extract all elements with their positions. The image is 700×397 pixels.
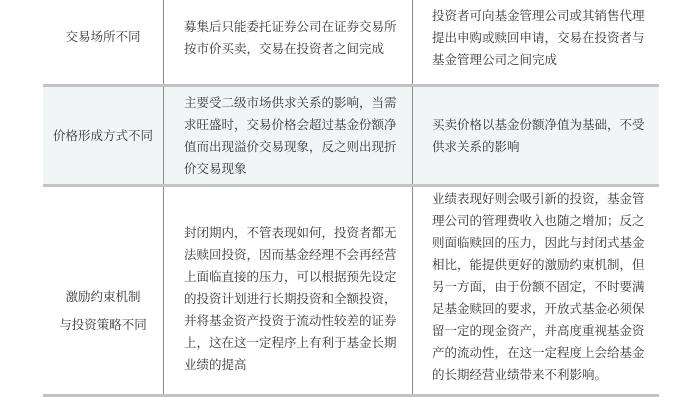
row-label-cell: 激励约束机制 与投资策略不同 — [43, 187, 164, 394]
row-label-line-1: 激励约束机制 — [59, 283, 147, 311]
closed-end-cell: 主要受二级市场供求关系的影响，当需求旺盛时，交易价格会超过基金份额净值而出现溢价… — [164, 87, 413, 184]
row-label: 交易场所不同 — [65, 26, 140, 48]
open-end-text: 买卖价格以基金份额净值为基础，不受供求关系的影响 — [432, 114, 649, 158]
open-end-cell: 买卖价格以基金份额净值为基础，不受供求关系的影响 — [413, 87, 659, 184]
table-row-incentive-mechanism: 激励约束机制 与投资策略不同 封闭期内，不管表现如何，投资者都无法赎回投资，因而… — [43, 187, 659, 397]
open-end-cell: 投资者可向基金管理公司或其销售代理提出申购或赎回申请，交易在投资者与基金管理公司… — [413, 0, 659, 84]
closed-end-text: 主要受二级市场供求关系的影响，当需求旺盛时，交易价格会超过基金份额净值而出现溢价… — [184, 92, 400, 180]
row-label: 激励约束机制 与投资策略不同 — [59, 283, 147, 339]
row-label-cell: 交易场所不同 — [43, 0, 164, 84]
row-label-cell: 价格形成方式不同 — [43, 87, 164, 184]
table-row-price-formation: 价格形成方式不同 主要受二级市场供求关系的影响，当需求旺盛时，交易价格会超过基金… — [43, 87, 659, 187]
open-end-cell: 业绩表现好则会吸引新的投资，基金管理公司的管理费收入也随之增加；反之则面临赎回的… — [413, 187, 659, 394]
closed-end-text: 封闭期内，不管表现如何，投资者都无法赎回投资，因而基金经理不会再经营上面临直接的… — [184, 222, 400, 376]
open-end-text: 投资者可向基金管理公司或其销售代理提出申购或赎回申请，交易在投资者与基金管理公司… — [432, 5, 649, 71]
row-label-line-2: 与投资策略不同 — [59, 311, 147, 339]
closed-end-cell: 封闭期内，不管表现如何，投资者都无法赎回投资，因而基金经理不会再经营上面临直接的… — [164, 187, 413, 394]
closed-end-text: 募集后只能委托证券公司在证券交易所按市价买卖，交易在投资者之间完成 — [184, 16, 400, 60]
table-row-trading-venue: 交易场所不同 募集后只能委托证券公司在证券交易所按市价买卖，交易在投资者之间完成… — [43, 0, 659, 87]
closed-end-cell: 募集后只能委托证券公司在证券交易所按市价买卖，交易在投资者之间完成 — [164, 0, 413, 84]
row-label: 价格形成方式不同 — [53, 125, 153, 147]
comparison-table: 交易场所不同 募集后只能委托证券公司在证券交易所按市价买卖，交易在投资者之间完成… — [43, 0, 659, 397]
open-end-text: 业绩表现好则会吸引新的投资，基金管理公司的管理费收入也随之增加；反之则面临赎回的… — [432, 188, 649, 386]
